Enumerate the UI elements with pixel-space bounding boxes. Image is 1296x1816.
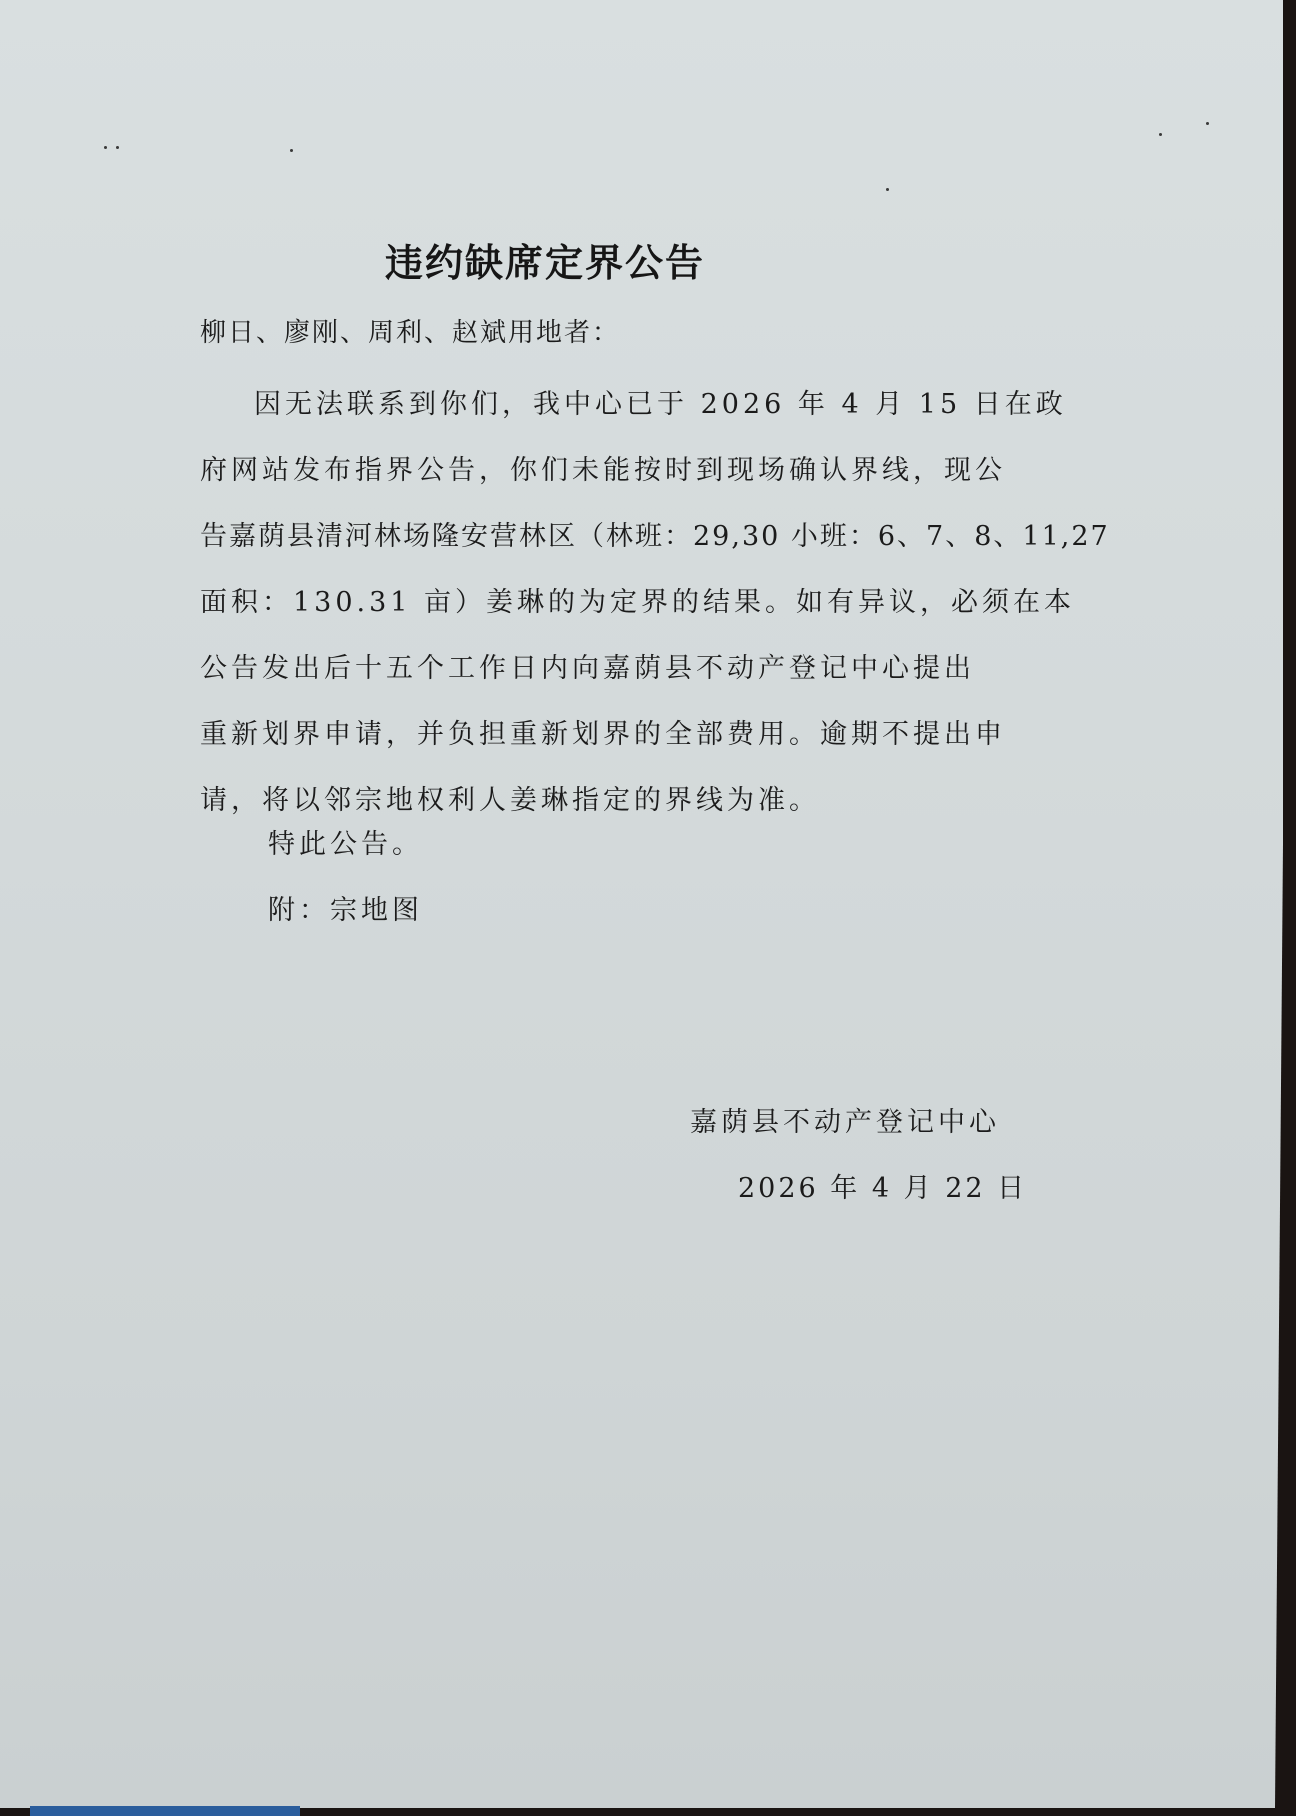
paper-speck [886, 188, 889, 191]
signature-date: 2026 年 4 月 22 日 [738, 1166, 1027, 1205]
paper-speck [104, 146, 107, 149]
salutation: 柳日、廖刚、周利、赵斌用地者： [200, 312, 620, 349]
paper-speck [1206, 122, 1209, 125]
paper-speck [1159, 133, 1162, 136]
attachment-note: 附：宗地图 [268, 888, 423, 927]
body-line: 府网站发布指界公告，你们未能按时到现场确认界线，现公 [200, 438, 1080, 504]
body-line: 重新划界申请，并负担重新划界的全部费用。逾期不提出申 [200, 702, 1080, 768]
paper-speck [116, 146, 119, 149]
body-line: 因无法联系到你们，我中心已于 2026 年 4 月 15 日在政 [200, 372, 1080, 438]
notice-body: 因无法联系到你们，我中心已于 2026 年 4 月 15 日在政 府网站发布指界… [200, 372, 1080, 834]
signature-organization: 嘉荫县不动产登记中心 [690, 1100, 1000, 1139]
body-line: 面积：130.31 亩）姜琳的为定界的结果。如有异议，必须在本 [200, 570, 1080, 636]
background-strip [30, 1806, 300, 1816]
notice-title: 违约缺席定界公告 [385, 232, 705, 287]
closing-statement: 特此公告。 [268, 822, 423, 861]
body-line: 告嘉荫县清河林场隆安营林区（林班：29,30 小班：6、7、8、11,27 [200, 504, 1080, 570]
paper-speck [290, 149, 293, 152]
body-line: 公告发出后十五个工作日内向嘉荫县不动产登记中心提出 [200, 636, 1080, 702]
